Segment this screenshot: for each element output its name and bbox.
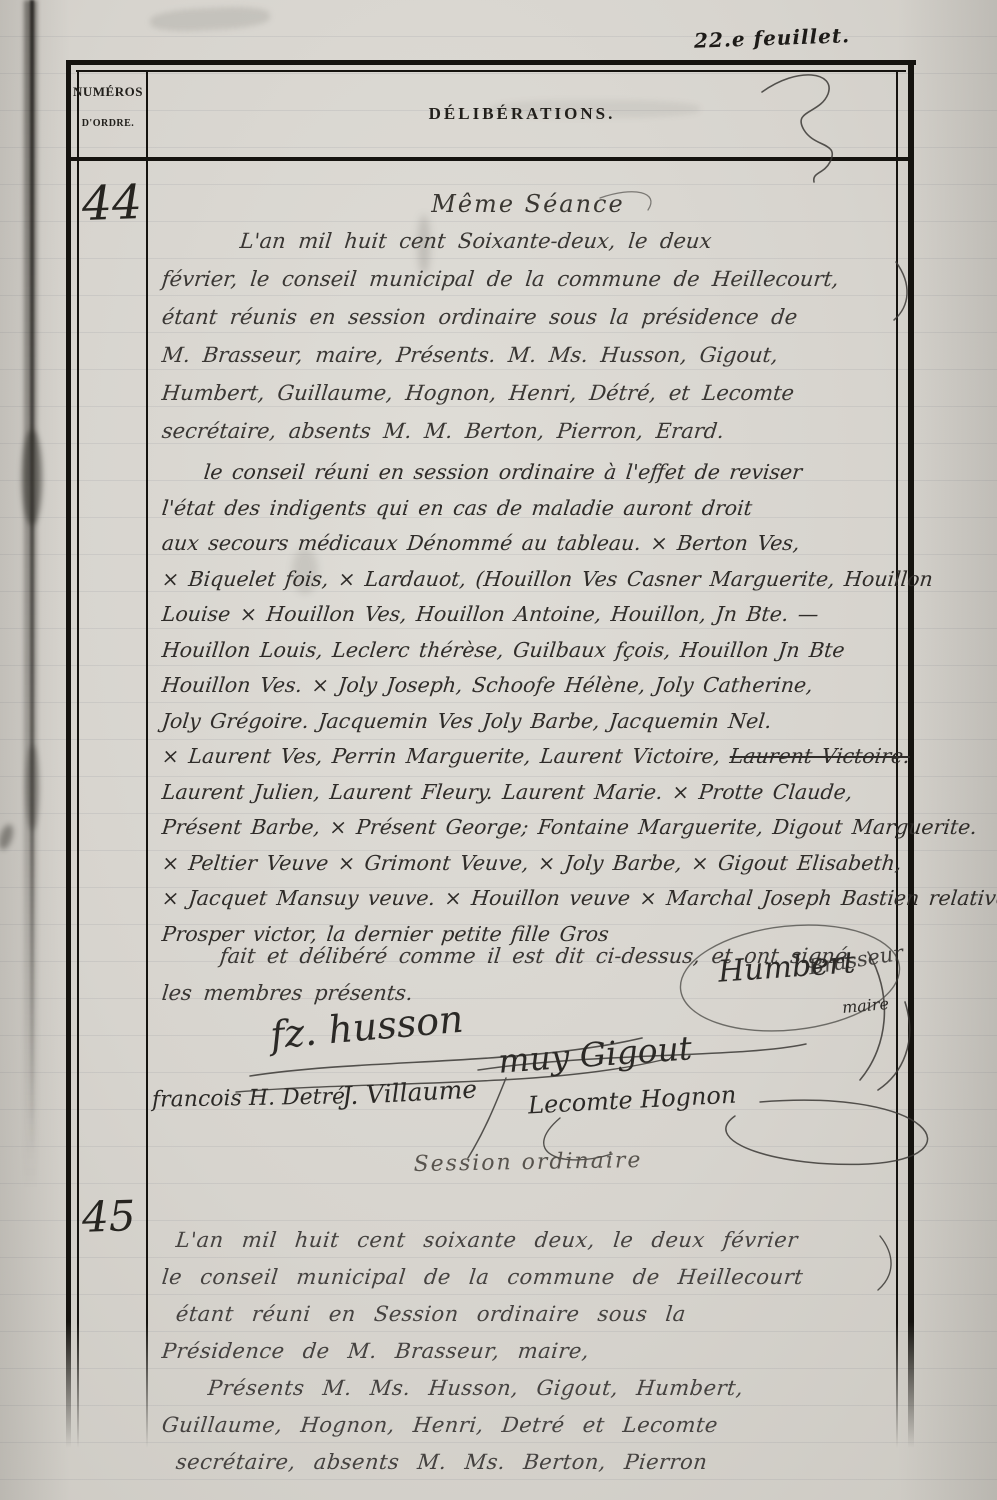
text-line: secrétaire, absents M. Ms. Berton, Pierr…: [160, 1444, 924, 1481]
text-line: Guillaume, Hognon, Henri, Detré et Lecom…: [160, 1407, 924, 1444]
text-line: secrétaire, absents M. M. Berton, Pierro…: [160, 412, 924, 450]
entry44-session-title: Même Séance: [152, 190, 904, 218]
text-line: étant réunis en session ordinaire sous l…: [160, 298, 924, 336]
text-line: Houillon Louis, Leclerc thérèse, Guilbau…: [160, 633, 924, 669]
text-segment: × Laurent Ves, Perrin Marguerite, Lauren…: [161, 744, 722, 768]
text-line: × Peltier Veuve × Grimont Veuve, × Joly …: [160, 846, 924, 882]
text-line: Présent Barbe, × Présent George; Fontain…: [160, 810, 924, 846]
entry-number-44: 44: [81, 175, 143, 232]
text-line: le conseil réuni en session ordinaire à …: [160, 455, 924, 491]
text-line: février, le conseil municipal de la comm…: [160, 260, 924, 298]
text-line: Humbert, Guillaume, Hognon, Henri, Détré…: [160, 374, 924, 412]
entry45-paragraph: L'an mil huit cent soixante deux, le deu…: [160, 1222, 920, 1481]
entry44-paragraph-1: L'an mil huit cent Soixante-deux, le deu…: [160, 222, 920, 450]
text-line: Laurent Julien, Laurent Fleury. Laurent …: [160, 775, 924, 811]
entry-number-45: 45: [81, 1191, 136, 1242]
text-line: Présents M. Ms. Husson, Gigout, Humbert,: [160, 1370, 924, 1407]
text-line: aux secours médicaux Dénommé au tableau.…: [160, 526, 924, 562]
text-line: Présidence de M. Brasseur, maire,: [160, 1333, 924, 1370]
text-line: étant réuni en Session ordinaire sous la: [160, 1296, 924, 1333]
struck-text: Laurent Victoire.: [729, 744, 912, 768]
text-line: × Laurent Ves, Perrin Marguerite, Lauren…: [160, 739, 924, 775]
text-line: Houillon Ves. × Joly Joseph, Schoofe Hél…: [160, 668, 924, 704]
text-line: l'état des indigents qui en cas de malad…: [160, 491, 924, 527]
verification-paraph: [762, 75, 832, 182]
entry44-paragraph-2: le conseil réuni en session ordinaire à …: [160, 455, 920, 952]
text-line: L'an mil huit cent soixante deux, le deu…: [160, 1222, 924, 1259]
text-line: L'an mil huit cent Soixante-deux, le deu…: [160, 222, 924, 260]
signature-swash: [878, 1002, 910, 1090]
text-line: × Jacquet Mansuy veuve. × Houillon veuve…: [160, 881, 924, 917]
text-line: × Biquelet fois, × Lardauot, (Houillon V…: [160, 562, 924, 598]
text-line: Joly Grégoire. Jacquemin Ves Joly Barbe,…: [160, 704, 924, 740]
text-line: Louise × Houillon Ves, Houillon Antoine,…: [160, 597, 924, 633]
signature-role-maire: maire: [841, 994, 889, 1017]
signature-detre: francois H. Detré: [152, 1084, 345, 1112]
register-page: 22.e feuillet. NUMÉROS D'ORDRE. DÉLIBÉRA…: [0, 0, 997, 1500]
text-line: le conseil municipal de la commune de He…: [160, 1259, 924, 1296]
text-line: M. Brasseur, maire, Présents. M. Ms. Hus…: [160, 336, 924, 374]
